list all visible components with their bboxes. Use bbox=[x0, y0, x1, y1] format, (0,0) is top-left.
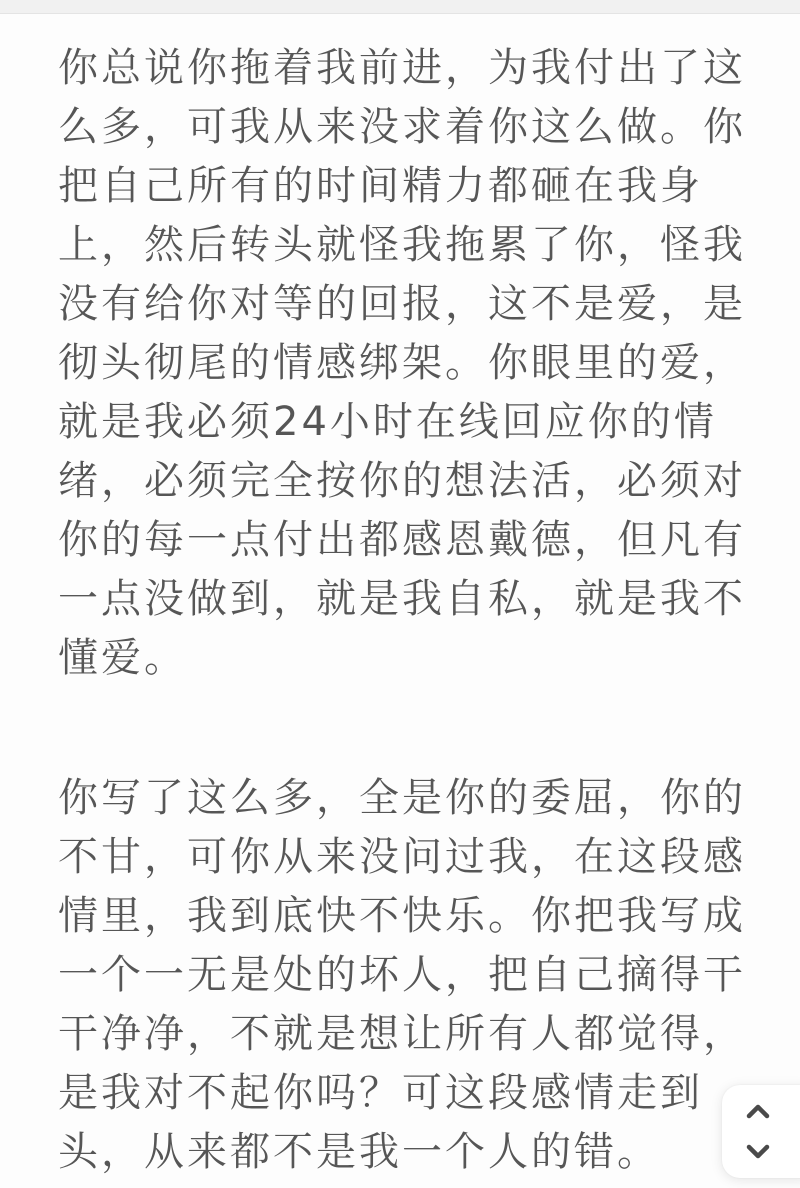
chevron-up-icon bbox=[745, 1103, 771, 1121]
text-line: 一点没做到，就是我自私，就是我不 bbox=[58, 570, 750, 629]
text-line: 是我对不起你吗？可这段感情走到 bbox=[58, 1064, 750, 1123]
text-line: 绪，必须完全按你的想法活，必须对 bbox=[58, 452, 750, 511]
handwritten-note: 你总说你拖着我前进，为我付出了这 么多，可我从来没求着你这么做。你 把自己所有的… bbox=[0, 14, 800, 1182]
text-line: 上，然后转头就怪我拖累了你，怪我 bbox=[58, 216, 750, 275]
text-line: 你写了这么多，全是你的委屈，你的 bbox=[58, 769, 750, 828]
text-line: 没有给你对等的回报，这不是爱，是 bbox=[58, 275, 750, 334]
chevron-down-icon bbox=[745, 1142, 771, 1160]
text-line: 彻头彻尾的情感绑架。你眼里的爱， bbox=[58, 334, 750, 393]
top-bar bbox=[0, 0, 800, 14]
scroll-up-button[interactable] bbox=[744, 1100, 772, 1124]
scroll-controls bbox=[722, 1085, 800, 1178]
text-line: 你的每一点付出都感恩戴德，但凡有 bbox=[58, 511, 750, 570]
text-line: 么多，可我从来没求着你这么做。你 bbox=[58, 98, 750, 157]
text-line: 把自己所有的时间精力都砸在我身 bbox=[58, 157, 750, 216]
text-line: 懂爱。 bbox=[58, 629, 750, 688]
text-line: 不甘，可你从来没问过我，在这段感 bbox=[58, 828, 750, 887]
text-line: 干净净，不就是想让所有人都觉得， bbox=[58, 1005, 750, 1064]
text-line: 就是我必须24小时在线回应你的情 bbox=[58, 393, 750, 452]
scroll-down-button[interactable] bbox=[744, 1139, 772, 1163]
text-line: 一个一无是处的坏人，把自己摘得干 bbox=[58, 946, 750, 1005]
text-line: 情里，我到底快不快乐。你把我写成 bbox=[58, 887, 750, 946]
text-line: 你总说你拖着我前进，为我付出了这 bbox=[58, 39, 750, 98]
text-line: 头，从来都不是我一个人的错。 bbox=[58, 1123, 750, 1182]
paragraph-gap bbox=[58, 688, 750, 769]
screen: 你总说你拖着我前进，为我付出了这 么多，可我从来没求着你这么做。你 把自己所有的… bbox=[0, 0, 800, 1188]
